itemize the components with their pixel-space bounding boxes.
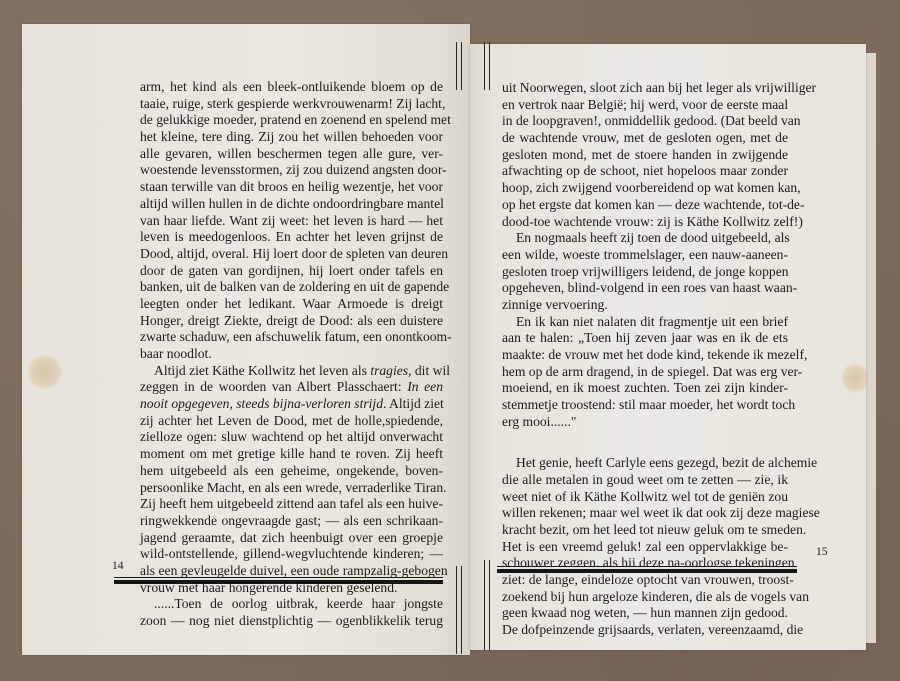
text-line: gesloten mond, met de stoere handen in z…: [502, 147, 788, 164]
right-page-text: uit Noorwegen, sloot zich aan bij het le…: [502, 80, 788, 639]
section-break: [502, 430, 788, 447]
italic-term: tragies: [370, 363, 408, 378]
page-number-right: 15: [816, 546, 828, 558]
page-number-left: 14: [112, 560, 124, 572]
text-line: hem uitgebeeld als een geheime, ongekend…: [140, 463, 443, 480]
text-line: gesloten troep vrijwilligers leidend, de…: [502, 264, 788, 281]
text-run: . Altijd ziet: [383, 396, 444, 411]
text-line: en vertrok naar België; hij werd, voor d…: [502, 97, 788, 114]
text-line: ringwekkende ongevraagde gast; — als een…: [140, 513, 443, 530]
text-line: Zij heeft hem uitgebeeld zittend aan taf…: [140, 496, 443, 513]
text-line: een wilde, woeste trommelslager, een nau…: [502, 247, 788, 264]
text-line: zeggen in de woorden van Albert Plasscha…: [140, 379, 443, 396]
text-line: geen kwaad nog weten, — hun mannen zijn …: [502, 605, 788, 622]
text-line: jagend geraamte, dat zich heenbuigt over…: [140, 530, 443, 547]
italic-quote: nooit opgegeven, steeds bijna-verloren s…: [140, 396, 383, 411]
left-page: arm, het kind als een bleek-ontluikende …: [22, 24, 470, 655]
text-line: En ik kan niet nalaten dit fragmentje ui…: [502, 314, 788, 331]
text-line: de wachtende vrouw, met de gesloten ogen…: [502, 130, 788, 147]
text-line: Het genie, heeft Carlyle eens gezegd, be…: [502, 455, 788, 472]
text-line: weet niet of ik Käthe Kollwitz wel tot d…: [502, 489, 788, 506]
text-run: , dit wil: [408, 363, 450, 378]
gutter-ornament-bottom-left: [456, 566, 462, 654]
text-line: De dofpeinzende grijsaards, verlaten, ve…: [502, 622, 788, 639]
text-run: Altijd ziet Käthe Kollwitz het leven als: [154, 363, 370, 378]
section-break: [502, 447, 788, 455]
text-line: persoonlike Macht, en als een wrede, ver…: [140, 480, 443, 497]
text-line: zoon — nog niet dienstplichtig — ogenbli…: [140, 613, 443, 630]
text-line: wild-ontstellende, gillend-wegvluchtende…: [140, 546, 443, 563]
text-line: nooit opgegeven, steeds bijna-verloren s…: [140, 396, 443, 413]
right-page: uit Noorwegen, sloot zich aan bij het le…: [470, 44, 866, 650]
gutter-ornament-top-left: [456, 42, 462, 90]
text-line: taaie, ruige, sterk gespierde werkvrouwe…: [140, 96, 443, 113]
text-line: zielloze ogen: sluw wachtend op het alti…: [140, 429, 443, 446]
footer-rule-left: [114, 577, 443, 584]
text-line: leegten onder het ledikant. Waar Armoede…: [140, 296, 443, 313]
text-line: willen rekenen; maar wel weet ik dat ook…: [502, 505, 788, 522]
text-line: zij achter het Leven de Dood, met de hol…: [140, 413, 443, 430]
text-line: moment om met gretige kille hand te rove…: [140, 446, 443, 463]
text-line: Altijd ziet Käthe Kollwitz het leven als…: [140, 363, 443, 380]
text-line: hoop, zich zwijgend voorbereidend op wat…: [502, 180, 788, 197]
text-line: door de gaten van gordijnen, hij loert o…: [140, 263, 443, 280]
text-line: En nogmaals heeft zij toen de dood uitge…: [502, 230, 788, 247]
text-line: moeiend, en ik moest zuchten. Toen zei z…: [502, 380, 788, 397]
text-run: zeggen in de woorden van Albert Plasscha…: [140, 379, 407, 394]
text-line: woestende levensstormen, zij zou duizend…: [140, 162, 443, 179]
text-line: leven is meedogenloos. En achter het lev…: [140, 229, 443, 246]
text-line: altijd willen hullen in de dichte ondoor…: [140, 196, 443, 213]
text-line: erg mooi......": [502, 414, 788, 431]
text-line: zinnige vervoering.: [502, 297, 788, 314]
text-line: banken, uit de balken van de zoldering e…: [140, 279, 443, 296]
text-line: dood-toe wachtende vrouw: zij is Käthe K…: [502, 214, 788, 231]
text-line: de gelukkige moeder, pratend en zoenend …: [140, 112, 443, 129]
text-line: zwarte schaduw, een afschuwelik fatum, e…: [140, 329, 443, 346]
text-line: uit Noorwegen, sloot zich aan bij het le…: [502, 80, 788, 97]
left-page-text: arm, het kind als een bleek-ontluikende …: [140, 79, 443, 630]
text-line: kracht bezit, om het leed tot nieuw gelu…: [502, 522, 788, 539]
gutter-ornament-top-right: [484, 42, 490, 90]
text-line: het kleine, tere ding. Zij zou het wille…: [140, 129, 443, 146]
text-line: Honger, dreigt Ziekte, dreigt de Dood: a…: [140, 313, 443, 330]
text-line: maakte: de vrouw met het dode kind, teke…: [502, 347, 788, 364]
foxing-stain: [28, 354, 62, 390]
text-line: alle gevaren, willen beschermen tegen al…: [140, 146, 443, 163]
text-line: van haar liefde. Want zij weet: het leve…: [140, 213, 443, 230]
text-line: zoekend bij hun argeloze kinderen, die a…: [502, 589, 788, 606]
text-line: opgeheven, blind-volgend in een roes van…: [502, 280, 788, 297]
footer-rule-right: [497, 566, 797, 573]
text-line: die alle metalen in goud weet om te zett…: [502, 472, 788, 489]
gutter-ornament-bottom-right: [484, 560, 490, 650]
text-line: Het is een vreemd geluk! zal een oppervl…: [502, 539, 788, 556]
foxing-stain: [842, 362, 868, 394]
text-line: hem op de arm dragend, in de spiegel. Da…: [502, 364, 788, 381]
text-line: baar noodlot.: [140, 346, 443, 363]
text-line: in de loopgraven!, onmiddellik gedood. (…: [502, 113, 788, 130]
text-line: Dood, altijd, overal. Hij loert door de …: [140, 246, 443, 263]
text-line: aan te halen: „Toen hij zeven jaar was e…: [502, 330, 788, 347]
text-line: ......Toen de oorlog uitbrak, keerde haa…: [140, 596, 443, 613]
text-line: op het ergste dat komen kan — deze wacht…: [502, 197, 788, 214]
text-line: staan terwille van dit broos en heilig w…: [140, 179, 443, 196]
text-line: ziet: de lange, eindeloze optocht van vr…: [502, 572, 788, 589]
text-line: arm, het kind als een bleek-ontluikende …: [140, 79, 443, 96]
text-line: afwachting op de schoot, niet hopeloos m…: [502, 163, 788, 180]
italic-quote: In een: [407, 379, 443, 394]
text-line: stemmetje troostend: stil maar moeder, h…: [502, 397, 788, 414]
